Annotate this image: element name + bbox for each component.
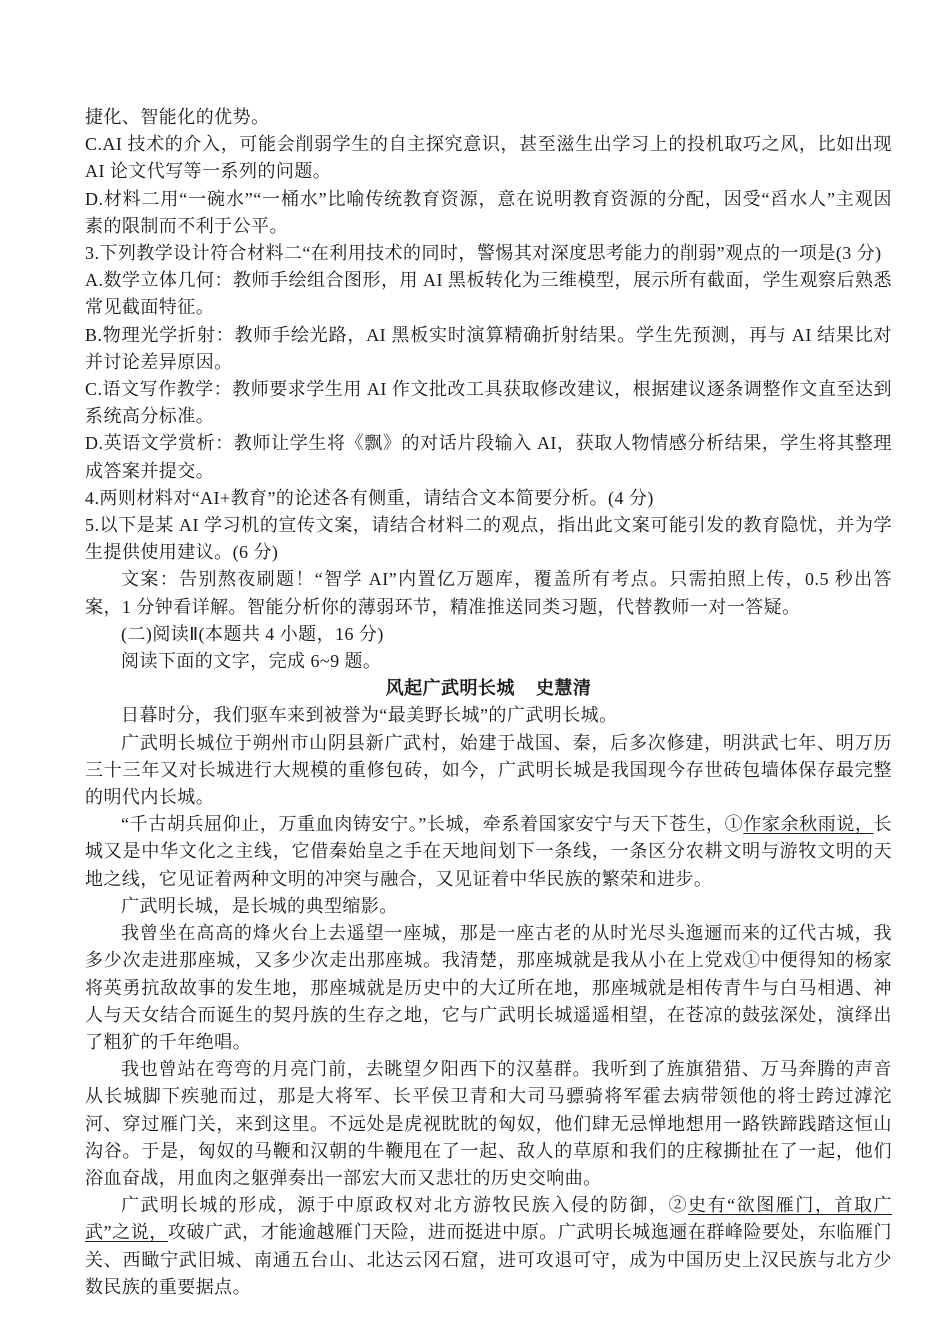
essay-para-7: 广武明长城的形成，源于中原政权对北方游牧民族入侵的防御，②史有“欲图雁门，首取广… [85, 1192, 892, 1301]
essay-para-3-pre: “千古胡兵屈仰止，万重血肉铸安宁。”长城，牵系着国家安宁与天下苍生，① [121, 814, 743, 834]
essay-para-6: 我也曾站在弯弯的月亮门前，去眺望夕阳西下的汉墓群。我听到了旌旗猎猎、万马奔腾的声… [85, 1056, 892, 1192]
q5-ad-copy: 文案：告别熬夜刷题！“智学 AI”内置亿万题库，覆盖所有考点。只需拍照上传，0.… [85, 566, 892, 620]
section2-instruction: 阅读下面的文字，完成 6~9 题。 [85, 648, 892, 675]
q2-option-d: D.材料二用“一碗水”“一桶水”比喻传统教育资源，意在说明教育资源的分配，因受“… [85, 186, 892, 240]
essay-para-3: “千古胡兵屈仰止，万重血肉铸安宁。”长城，牵系着国家安宁与天下苍生，①作家余秋雨… [85, 811, 892, 893]
q2-option-b-continuation: 捷化、智能化的优势。 [85, 104, 892, 131]
essay-para-1: 日暮时分，我们驱车来到被誉为“最美野长城”的广武明长城。 [85, 702, 892, 729]
essay-para-5: 我曾坐在高高的烽火台上去遥望一座城，那是一座古老的从时光尽头迤逦而来的辽代古城，… [85, 920, 892, 1056]
essay-title-line: 风起广武明长城 史慧清 [85, 675, 892, 702]
exam-page: 捷化、智能化的优势。 C.AI 技术的介入，可能会削弱学生的自主探究意识，甚至滋… [0, 0, 950, 1343]
essay-para-2: 广武明长城位于朔州市山阴县新广武村，始建于战国、秦，后多次修建，明洪武七年、明万… [85, 730, 892, 812]
essay-para-7-post: 攻破广武，才能逾越雁门天险，进而挺进中原。广武明长城迤逦在群峰险要处，东临雁门关… [85, 1222, 892, 1296]
underlined-phrase-1: 作家余秋雨说， [743, 814, 873, 834]
essay-para-4: 广武明长城，是长城的典型缩影。 [85, 893, 892, 920]
essay-title: 风起广武明长城 [386, 678, 515, 698]
q3-option-d: D.英语文学赏析：教师让学生将《飘》的对话片段输入 AI，获取人物情感分析结果，… [85, 430, 892, 484]
essay-author: 史慧清 [536, 678, 591, 698]
section2-heading: (二)阅读Ⅱ(本题共 4 小题，16 分) [85, 621, 892, 648]
q5-stem: 5.以下是某 AI 学习机的宣传文案，请结合材料二的观点，指出此文案可能引发的教… [85, 512, 892, 566]
q3-option-b: B.物理光学折射：教师手绘光路，AI 黑板实时演算精确折射结果。学生先预测，再与… [85, 322, 892, 376]
q4-stem: 4.两则材料对“AI+教育”的论述各有侧重，请结合文本简要分析。(4 分) [85, 485, 892, 512]
q3-stem: 3.下列教学设计符合材料二“在利用技术的同时，警惕其对深度思考能力的削弱”观点的… [85, 240, 892, 267]
q3-option-c: C.语文写作教学：教师要求学生用 AI 作文批改工具获取修改建议，根据建议逐条调… [85, 376, 892, 430]
q2-option-c: C.AI 技术的介入，可能会削弱学生的自主探究意识，甚至滋生出学习上的投机取巧之… [85, 131, 892, 185]
essay-para-7-pre: 广武明长城的形成，源于中原政权对北方游牧民族入侵的防御，② [121, 1195, 688, 1215]
q3-option-a: A.数学立体几何：教师手绘组合图形，用 AI 黑板转化为三维模型，展示所有截面，… [85, 267, 892, 321]
